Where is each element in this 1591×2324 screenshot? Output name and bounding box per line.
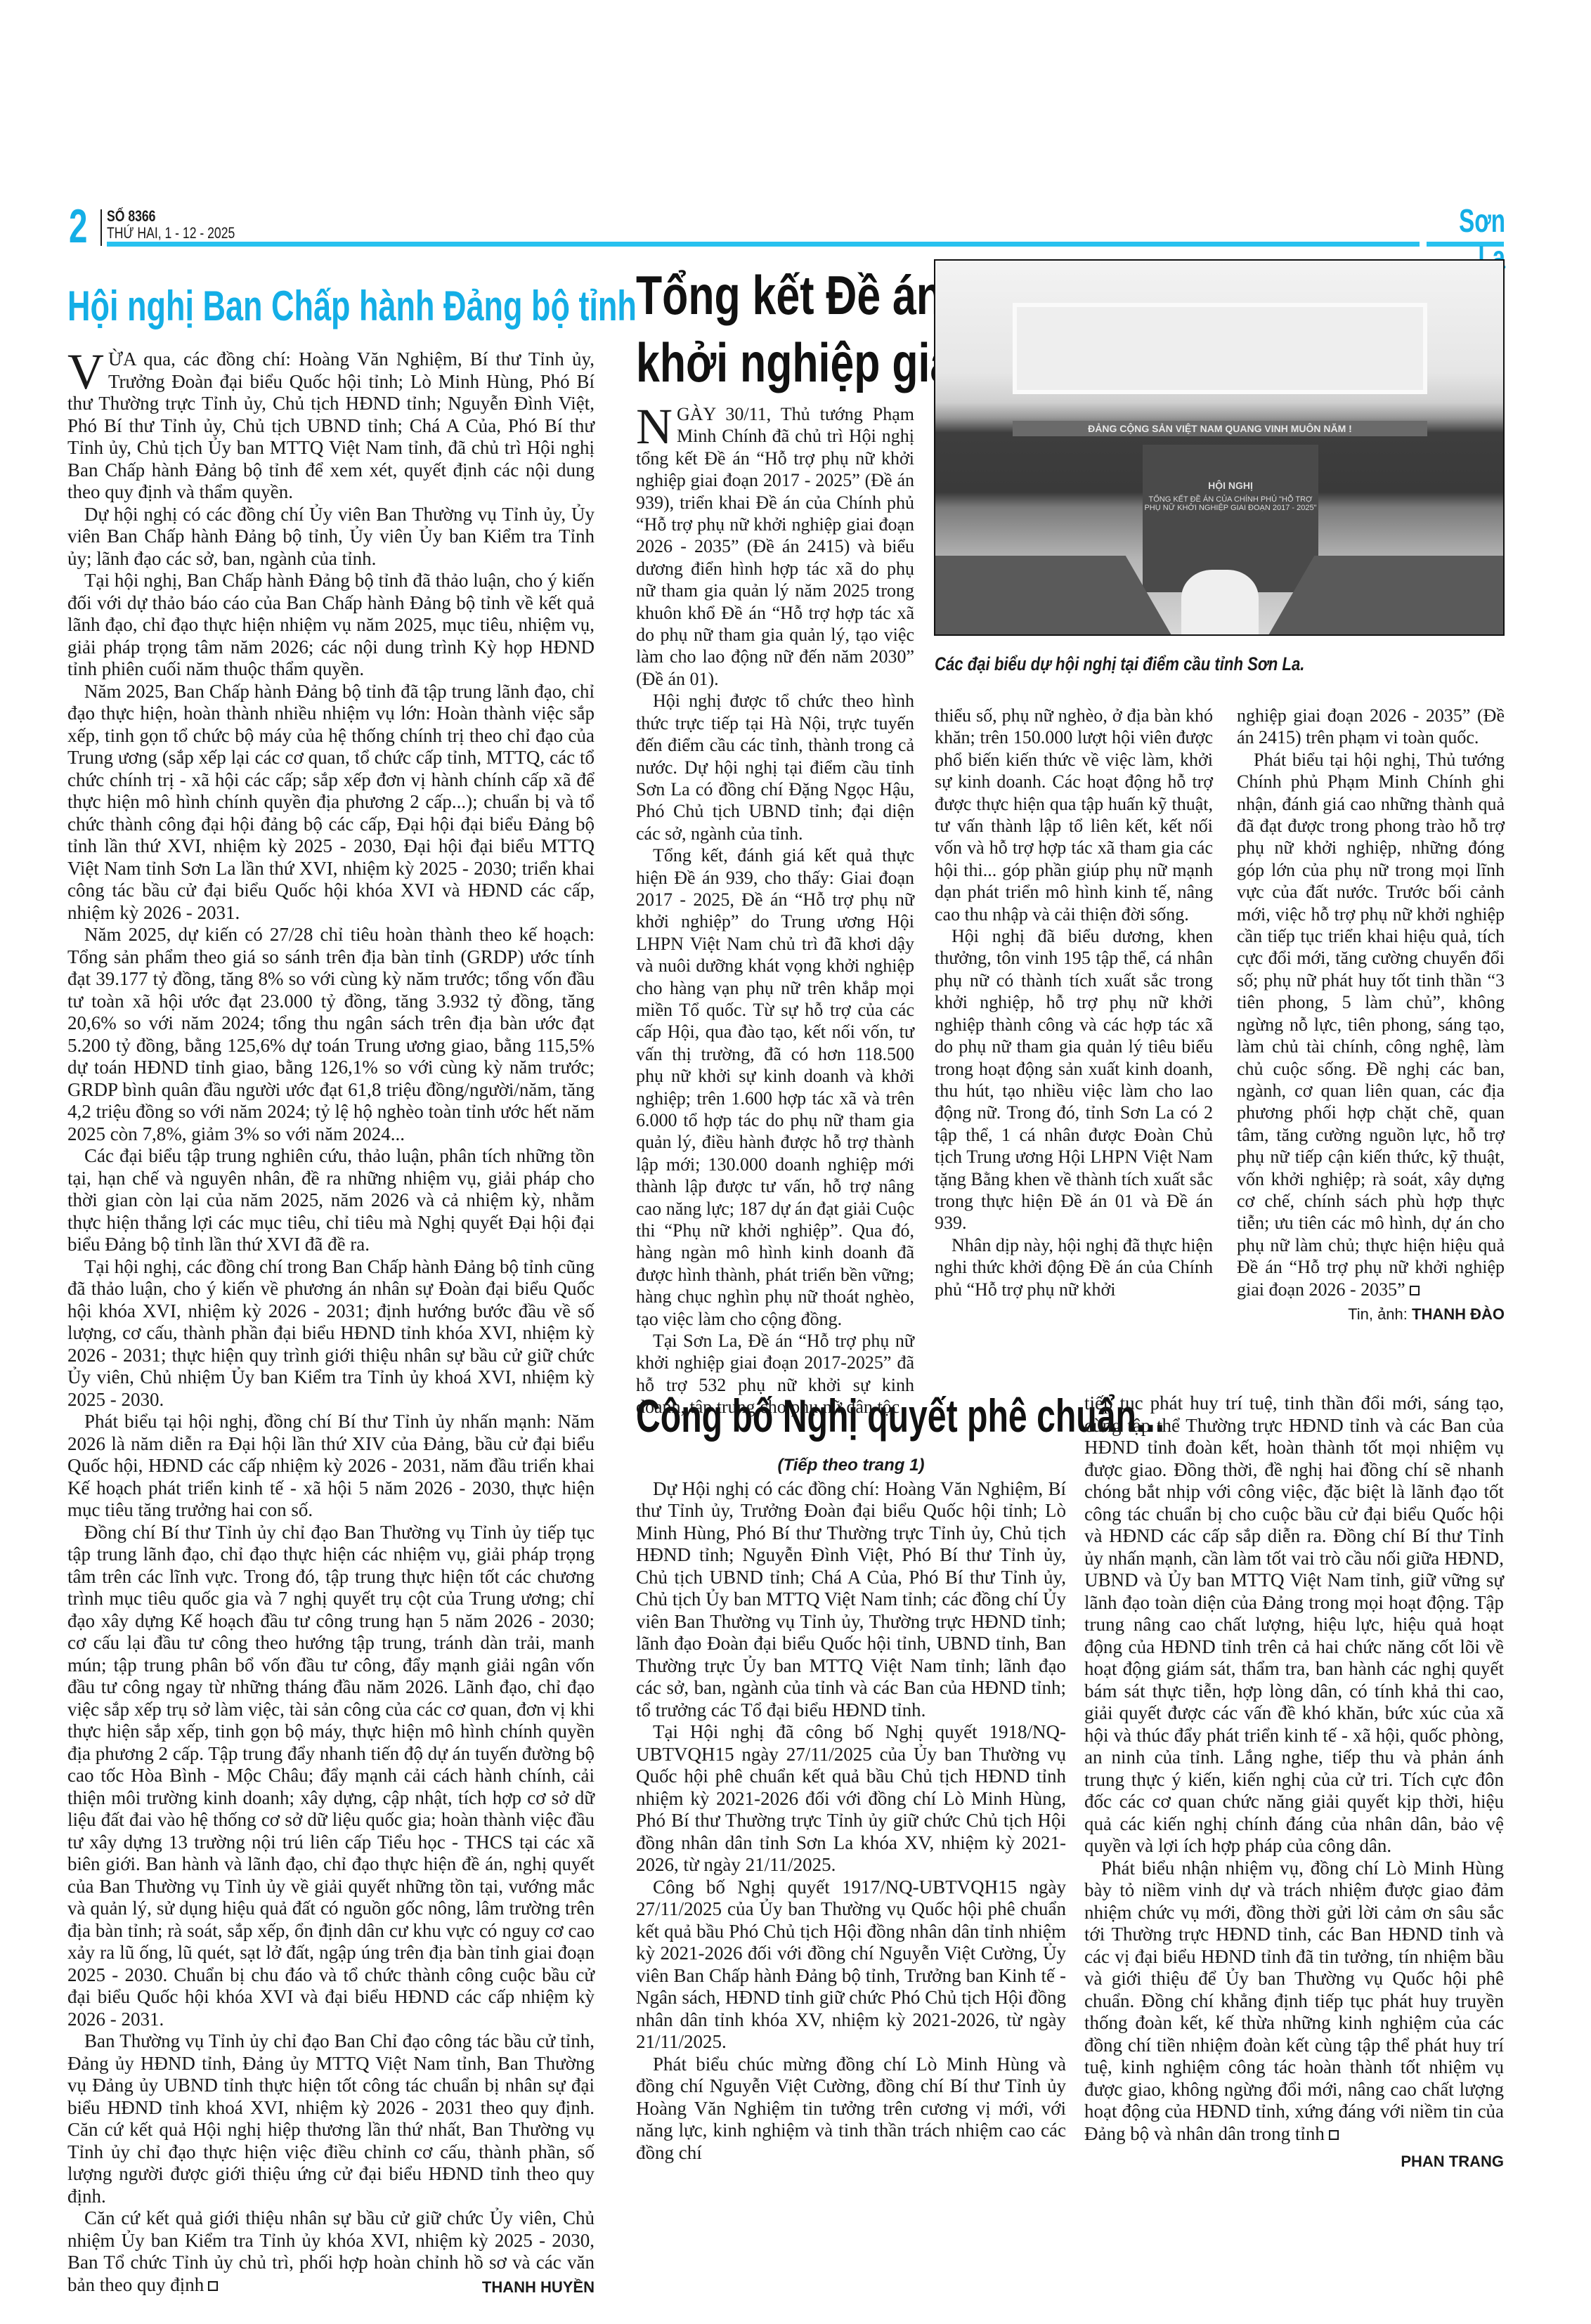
issue-date: THỨ HAI, 1 - 12 - 2025: [107, 225, 235, 242]
paragraph: Hội nghị đã biểu dương, khen thưởng, tôn…: [935, 925, 1213, 1234]
paragraph: Phát biểu chúc mừng đồng chí Lò Minh Hùn…: [636, 2054, 1066, 2165]
photo-caption: Các đại biểu dự hội nghị tại điểm cầu tỉ…: [935, 653, 1304, 675]
paragraph: nghiệp giai đoạn 2026 - 2035” (Đề án 241…: [1237, 705, 1505, 749]
paragraph: Đồng chí Bí thư Tỉnh ủy chỉ đạo Ban Thườ…: [67, 1522, 595, 2031]
paragraph: Tại hội nghị, Ban Chấp hành Đảng bộ tỉnh…: [67, 570, 595, 681]
paragraph: Các đại biểu tập trung nghiên cứu, thảo …: [67, 1145, 595, 1256]
end-mark-icon: [1329, 2130, 1339, 2140]
paragraph: Năm 2025, Ban Chấp hành Đảng bộ tỉnh đã …: [67, 681, 595, 925]
paragraph: Phát biểu tại hội nghị, Thủ tướng Chính …: [1237, 749, 1505, 1300]
continued-from-label: (Tiếp theo trang 1): [636, 1454, 1066, 1477]
author-byline: PHAN TRANG: [1084, 2150, 1504, 2173]
paragraph: Ban Thường vụ Tỉnh ủy chỉ đạo Ban Chỉ đạ…: [67, 2030, 595, 2207]
paragraph: Phát biểu nhận nhiệm vụ, đồng chí Lò Min…: [1084, 1858, 1504, 2146]
paragraph: Tại Hội nghị đã công bố Nghị quyết 1918/…: [636, 1721, 1066, 1876]
photo-ceiling: [1013, 303, 1427, 394]
photo-table-left: [934, 556, 1174, 636]
page-number: 2: [69, 204, 94, 249]
article-right-column-3: nghiệp giai đoạn 2026 - 2035” (Đề án 241…: [1237, 705, 1505, 1325]
dropcap: V: [67, 351, 108, 392]
paragraph: Dự Hội nghị có các đồng chí: Hoàng Văn N…: [636, 1478, 1066, 1722]
article-bottom-column-2: tiếp tục phát huy trí tuệ, tinh thần đổi…: [1084, 1392, 1504, 2173]
article-left-title: Hội nghị Ban Chấp hành Đảng bộ tỉnh: [67, 280, 595, 333]
paragraph: Nhân dịp này, hội nghị đã thực hiện nghi…: [935, 1234, 1213, 1300]
article-right-column-1: NGÀY 30/11, Thủ tướng Phạm Minh Chính đã…: [636, 403, 914, 1418]
header-rule: [107, 242, 1420, 247]
end-mark-icon: [208, 2281, 218, 2291]
issue-number: SỐ 8366: [107, 208, 155, 225]
paragraph: NGÀY 30/11, Thủ tướng Phạm Minh Chính đã…: [636, 403, 914, 690]
article-right-column-2: thiểu số, phụ nữ nghèo, ở địa bàn khó kh…: [935, 705, 1213, 1300]
article-bottom-column-1: (Tiếp theo trang 1) Dự Hội nghị có các đ…: [636, 1454, 1066, 2164]
end-mark-icon: [1410, 1286, 1420, 1295]
photo-banner: ĐẢNG CỘNG SẢN VIỆT NAM QUANG VINH MUÔN N…: [1013, 421, 1427, 436]
paragraph: Phát biểu tại hội nghị, đồng chí Bí thư …: [67, 1411, 595, 1522]
paragraph: Công bố Nghị quyết 1917/NQ-UBTVQH15 ngày…: [636, 1876, 1066, 2054]
article-bottom-title: Công bố Nghị quyết phê chuẩn...: [636, 1385, 1087, 1446]
paragraph: tiếp tục phát huy trí tuệ, tinh thần đổi…: [1084, 1392, 1504, 1858]
paragraph: Tổng kết, đánh giá kết quả thực hiện Đề …: [636, 844, 914, 1330]
paragraph: Tại hội nghị, các đồng chí trong Ban Chấ…: [67, 1256, 595, 1411]
photo-credit: Tin, ảnh: THANH ĐÀO: [1237, 1303, 1505, 1325]
paragraph: Năm 2025, dự kiến có 27/28 chỉ tiêu hoàn…: [67, 924, 595, 1145]
paragraph: Dự hội nghị có các đồng chí Ủy viên Ban …: [67, 504, 595, 570]
paragraph: Hội nghị được tổ chức theo hình thức trự…: [636, 690, 914, 844]
paragraph: VỪA qua, các đồng chí: Hoàng Văn Nghiệm,…: [67, 348, 595, 504]
conference-photo: ĐẢNG CỘNG SẢN VIỆT NAM QUANG VINH MUÔN N…: [934, 259, 1505, 636]
paragraph: thiểu số, phụ nữ nghèo, ở địa bàn khó kh…: [935, 705, 1213, 925]
photo-flowers: [1181, 570, 1259, 636]
dropcap: N: [636, 406, 677, 447]
header-divider: [100, 209, 102, 246]
article-left-body: VỪA qua, các đồng chí: Hoàng Văn Nghiệm,…: [67, 348, 595, 2299]
